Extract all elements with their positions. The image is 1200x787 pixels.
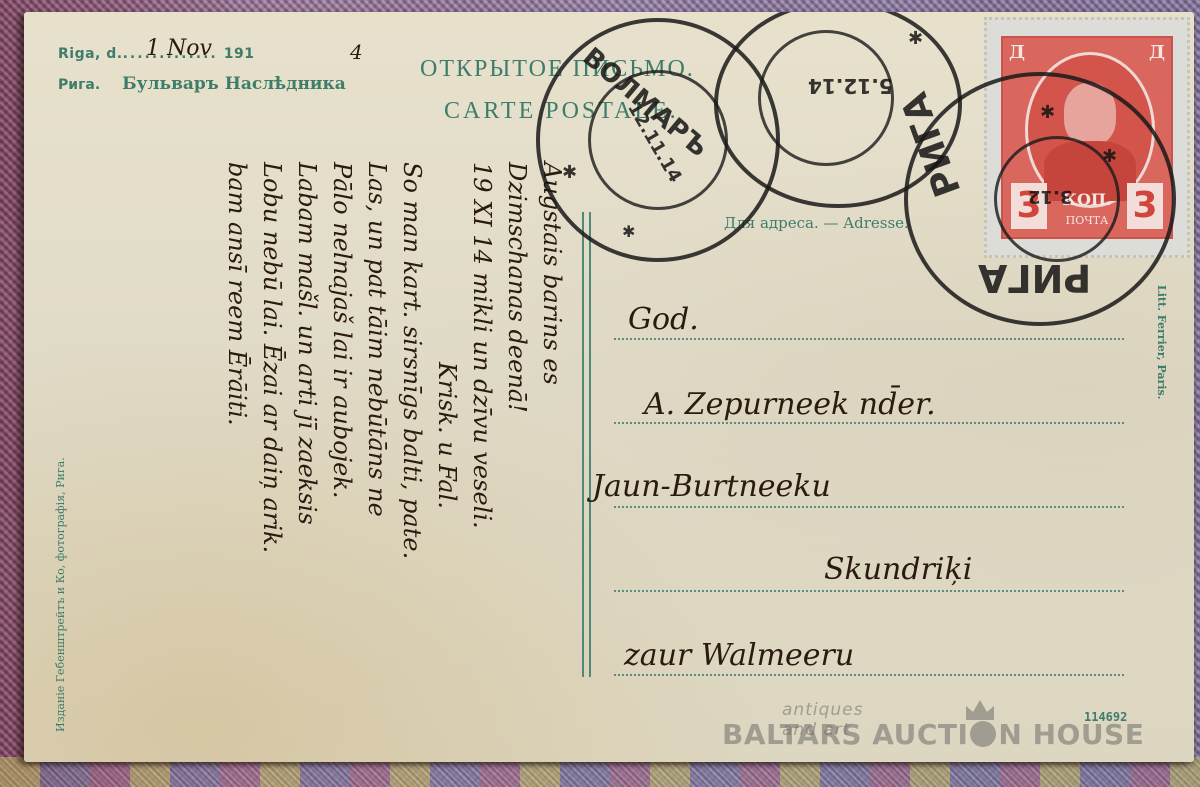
address-line-salutation: God. (628, 302, 699, 337)
watermark-name-part: N HOUSE (998, 718, 1144, 751)
place-street-line: Рига.Бульваръ Наслѣдника (58, 74, 346, 94)
postmark-star-icon: ✱ (622, 222, 635, 241)
message-line: bam ansī reem Ērāiti. (219, 162, 254, 762)
address-line-farm: Skundriķi (824, 552, 972, 587)
message-line: Lobu nebū lai. Ēzai ar daiņ arik. (254, 162, 289, 762)
message-line: Dzimschanas deenā! (499, 162, 534, 762)
place-ru: Рига. (58, 77, 100, 93)
stamp-corner-mark: Д (1149, 42, 1165, 63)
address-dotted-line (614, 674, 1124, 676)
globe-icon (970, 721, 996, 747)
stamp-corner-mark: Д (1009, 42, 1025, 63)
address-line-parish: Jaun-Burtneeku (592, 469, 831, 504)
handwritten-year-suffix: 4 (350, 40, 363, 64)
message-line: 19 XI 14 mikli un dzīvu veseli. (464, 162, 499, 762)
message-line: Labam mašl. un arti jī zaeksis (289, 162, 324, 762)
postmark-star-icon: ✱ (562, 162, 577, 183)
message-line: Las, un pat tāim nebūtāns ne (359, 162, 394, 762)
message-line: Augstais barins es (534, 162, 569, 762)
postmark-riga-2: 3.12 РИГА ✱ ✱ (904, 72, 1176, 326)
message-line: Pālo nelnajaš lai ir aubojek. (324, 162, 359, 762)
postmark-star-icon: ✱ (908, 28, 923, 49)
watermark-name: BALTARS AUCTIN HOUSE (722, 718, 1144, 751)
publisher-imprint: Изданіе Гебенштрейтъ и Ко, фотографія, Р… (54, 457, 67, 732)
address-dotted-line (614, 422, 1124, 424)
address-line-via: zaur Walmeeru (624, 638, 854, 673)
place-prefix: Riga, d. (58, 46, 123, 62)
address-line-recipient: A. Zepurneek nd̄er. (644, 387, 936, 422)
message-line: Krisk. u Fal. (429, 162, 464, 762)
watermark-name-part: BALTARS AUCTI (722, 718, 968, 751)
postmark-date: 5.12.14 (808, 74, 893, 98)
address-dotted-line (614, 590, 1124, 592)
street-ru: Бульваръ Наслѣдника (122, 74, 346, 94)
handwritten-message: Augstais barins es Dzimschanas deenā! 19… (219, 162, 569, 762)
crown-icon (966, 700, 994, 720)
lithographer-imprint: Litt. Ferrier, Paris. (1155, 285, 1168, 399)
year-prefix: 191 (224, 46, 255, 62)
message-line: So man kart. sirsnīgs balti, pate. (394, 162, 429, 762)
postmark-date: 3.12 (1028, 186, 1072, 207)
vertical-divider (582, 212, 591, 677)
postcard: Riga, d..............191 1 Nov 4 Рига.Бу… (24, 12, 1194, 762)
postmark-star-icon: ✱ (1040, 102, 1055, 123)
handwritten-date: 1 Nov (146, 36, 212, 61)
address-dotted-line (614, 506, 1124, 508)
postmark-inner-ring (758, 30, 894, 166)
address-dotted-line (614, 338, 1124, 340)
postmark-star-icon: ✱ (1102, 146, 1117, 167)
postmark-town: РИГА (978, 256, 1091, 300)
